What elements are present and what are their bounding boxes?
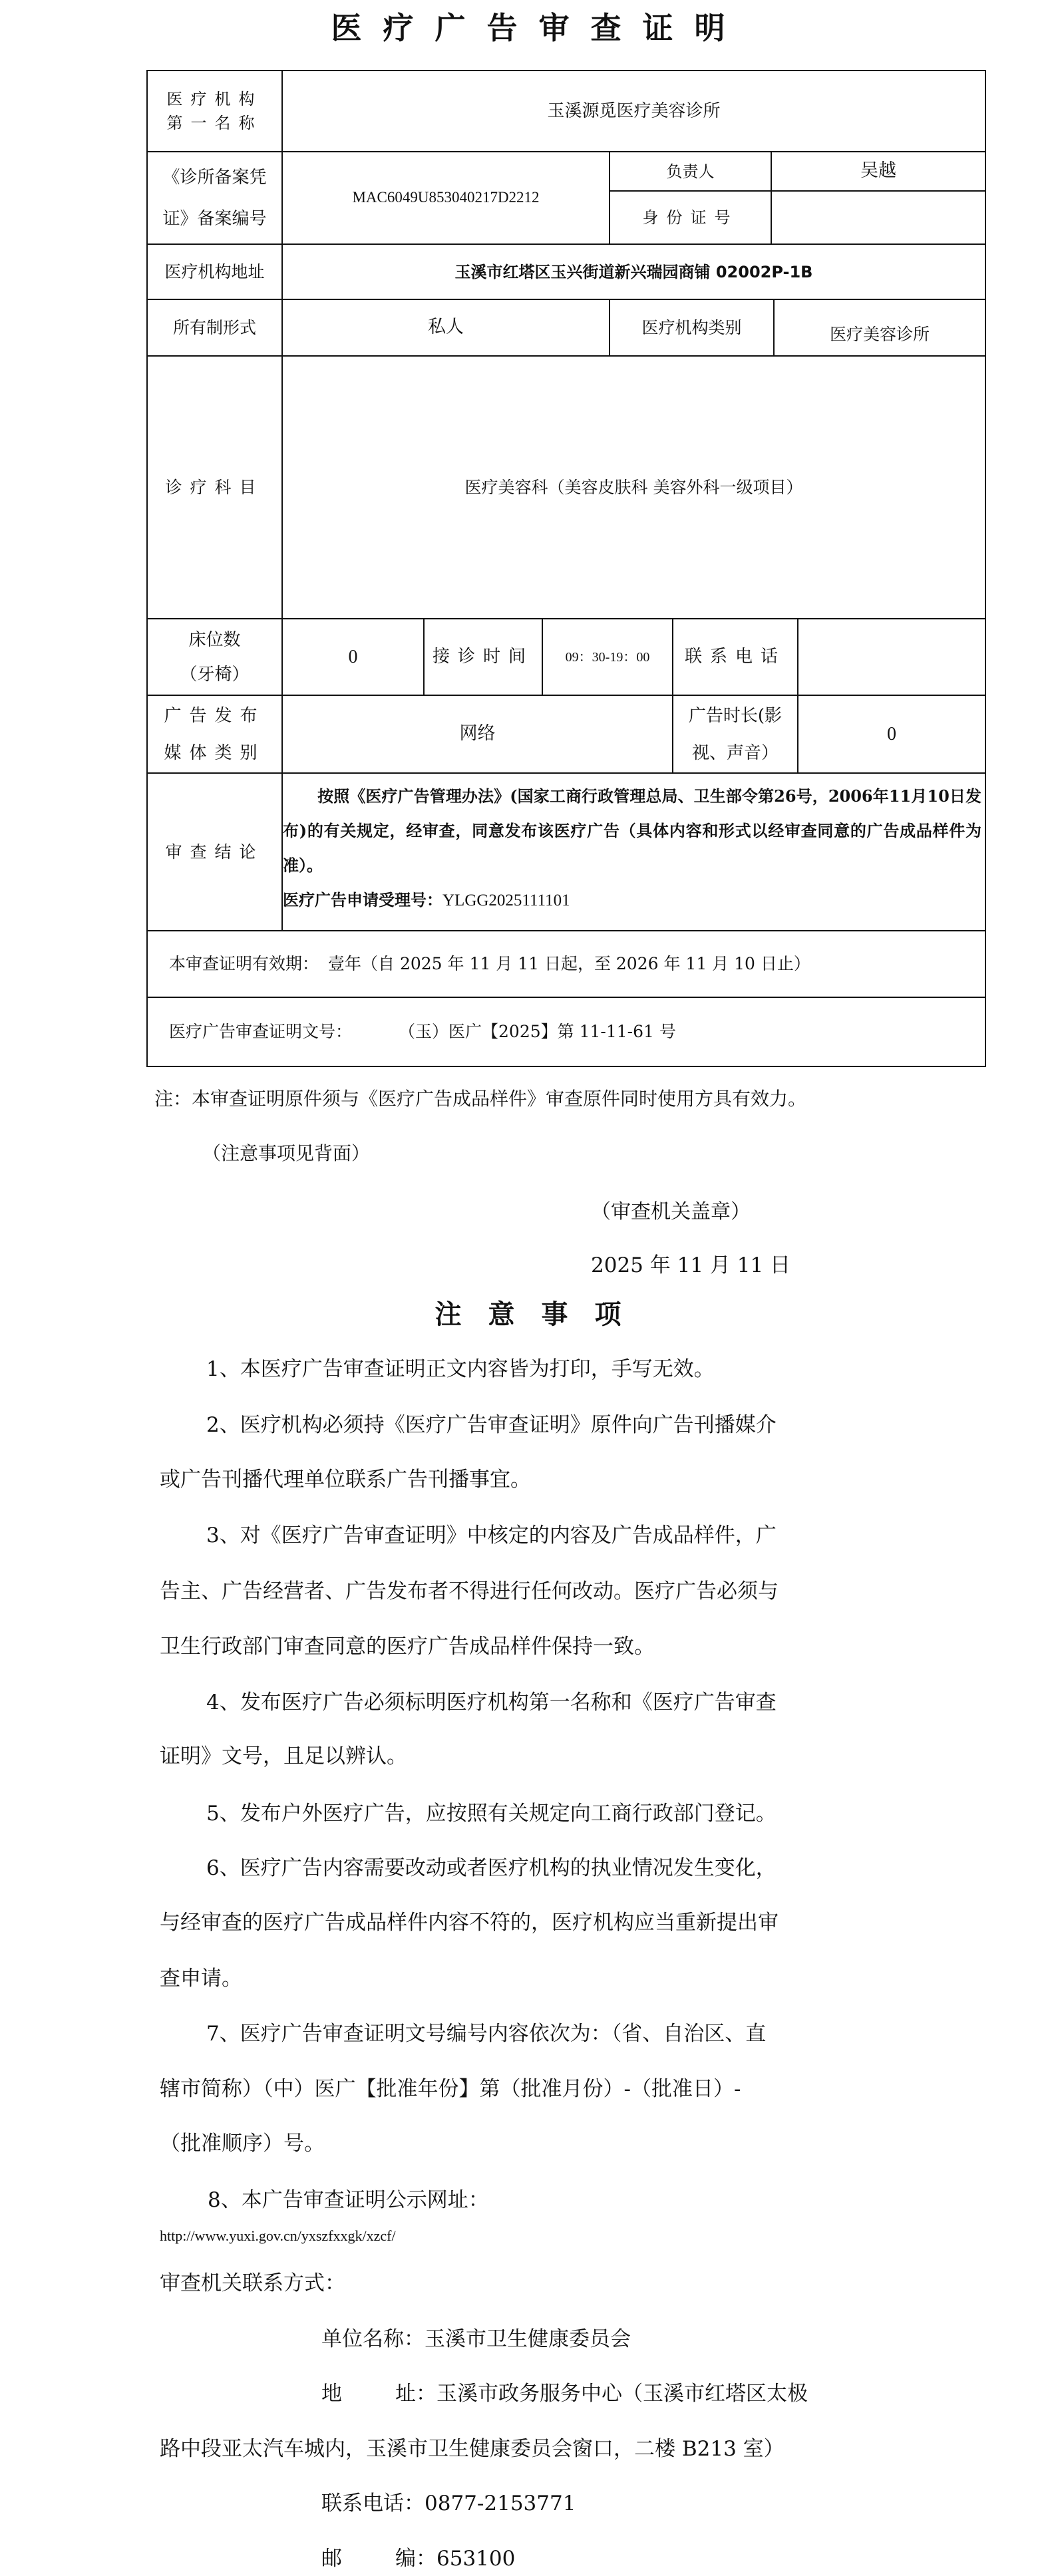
id-number-label: 身份证号 [610, 192, 771, 243]
doc-number-label: 医疗广告审查证明文号： [169, 1019, 352, 1045]
beds-label: 床位数 （牙椅） [148, 619, 281, 695]
label-line: 医疗机构 [167, 87, 263, 111]
category-value: 医疗美容诊所 [775, 307, 985, 362]
departments-value: 医疗美容科（美容皮肤科 美容外科一级项目） [283, 357, 985, 618]
address-label-char: 址： [395, 2382, 437, 2406]
beds-value: 0 [283, 619, 423, 695]
certificate-table: 医疗机构 第一名称 玉溪源觅医疗美容诊所 《诊所备案凭 证》备案编号 MAC60… [146, 70, 986, 1067]
issue-date: 2025 年 11 月 11 日 [591, 1248, 791, 1278]
responsible-label: 负责人 [610, 152, 771, 190]
notice-line: 1、本医疗广告审查证明正文内容皆为打印，手写无效。 [206, 1352, 715, 1382]
table-border-bottom [146, 1066, 986, 1067]
notice-line: 2、医疗机构必须持《医疗广告审查证明》原件向广告刊播媒介 [206, 1408, 777, 1438]
duration-label: 广告时长(影 视、声音） [673, 696, 797, 772]
notice-line: 证明》文号，且足以辨认。 [160, 1739, 407, 1769]
label-line: 证》备案编号 [162, 198, 266, 240]
label-line: 床位数 [188, 623, 240, 657]
see-back-note: （注意事项见背面） [202, 1139, 370, 1166]
doc-number-line: 医疗广告审查证明文号： （玉）医广【2025】第 11-11-61 号 [169, 998, 968, 1066]
contact-address-line1: 地址：玉溪市政务服务中心（玉溪市红塔区太极 [321, 2376, 808, 2406]
conclusion-block: 按照《医疗广告管理办法》(国家工商行政管理总局、卫生部令第26号，2006年11… [283, 779, 981, 936]
notice-line: 辖市简称）（中）医广【批准年份】第（批准月份）-（批准日）- [160, 2072, 741, 2102]
label-line: 媒体类别 [164, 734, 265, 772]
application-number-label: 医疗广告申请受理号： [283, 890, 442, 909]
postcode-value: 653100 [437, 2547, 515, 2571]
phone-label: 联系电话 [673, 619, 797, 695]
duration-value: 0 [798, 696, 985, 772]
postcode-label-char: 邮 [321, 2547, 342, 2571]
label-line: 广告发布 [164, 697, 265, 734]
notice-line: 与经审查的医疗广告成品样件内容不符的，医疗机构应当重新提出审 [160, 1905, 779, 1935]
validity-line: 本审查证明有效期： 壹年（自 2025 年 11 月 11 日起，至 2026 … [169, 931, 968, 997]
id-number-value [772, 192, 985, 243]
address-label-char: 地 [321, 2382, 342, 2406]
postcode-label-char: 编： [395, 2547, 437, 2571]
label-line: 第一名称 [167, 111, 263, 135]
notice-line: 7、医疗广告审查证明文号编号内容依次为：（省、自治区、直 [206, 2016, 766, 2046]
notice-line: 卫生行政部门审查同意的医疗广告成品样件保持一致。 [160, 1629, 655, 1659]
label-line: 《诊所备案凭 [162, 157, 266, 198]
validity-label: 本审查证明有效期： [169, 951, 319, 977]
phone-value [798, 619, 985, 695]
seal-note: （审查机关盖章） [591, 1195, 751, 1224]
contact-postcode: 邮编：653100 [321, 2541, 515, 2571]
doc-number-value: （玉）医广【2025】第 11-11-61 号 [399, 1019, 676, 1045]
ownership-label: 所有制形式 [148, 300, 281, 355]
application-number-value: YLGG2025111101 [442, 891, 570, 909]
validity-value: 壹年（自 2025 年 11 月 11 日起，至 2026 年 11 月 10 … [328, 951, 810, 977]
departments-label: 诊疗科目 [148, 357, 281, 618]
application-number-line: 医疗广告申请受理号：YLGG2025111101 [283, 883, 981, 918]
notice-line: （批准顺序）号。 [160, 2126, 325, 2156]
record-number-label: 《诊所备案凭 证》备案编号 [148, 152, 281, 243]
media-label: 广告发布 媒体类别 [148, 696, 281, 772]
hours-label: 接诊时间 [425, 619, 542, 695]
notice-line: 或广告刊播代理单位联系广告刊播事宜。 [160, 1462, 531, 1492]
conclusion-label: 审查结论 [148, 774, 281, 930]
document-title: 医疗广告审查证明 [0, 9, 1056, 47]
ownership-value: 私人 [283, 300, 609, 355]
address-value: 玉溪市红塔区玉兴街道新兴瑞园商铺 02002P-1B [283, 245, 985, 299]
validity-note: 注：本审查证明原件须与《医疗广告成品样件》审查原件同时使用方具有效力。 [154, 1084, 806, 1111]
institution-name-value: 玉溪源觅医疗美容诊所 [283, 71, 985, 151]
notice-line: 8、本广告审查证明公示网址： [208, 2183, 489, 2213]
responsible-person-value: 吴越 [772, 152, 985, 190]
notice-line: 6、医疗广告内容需要改动或者医疗机构的执业情况发生变化， [206, 1851, 777, 1881]
contact-address-value: 玉溪市政务服务中心（玉溪市红塔区太极 [437, 2382, 808, 2406]
contact-address-line2: 路中段亚太汽车城内，玉溪市卫生健康委员会窗口，二楼 B213 室） [160, 2432, 785, 2462]
label-line: 视、声音） [692, 734, 779, 772]
hours-value: 09：30-19：00 [543, 619, 672, 695]
media-value: 网络 [283, 696, 672, 772]
institution-name-label: 医疗机构 第一名称 [148, 71, 281, 151]
conclusion-text: 按照《医疗广告管理办法》(国家工商行政管理总局、卫生部令第26号，2006年11… [283, 779, 981, 883]
notices-title: 注意事项 [0, 1293, 1056, 1331]
label-line: 广告时长(影 [689, 697, 782, 734]
notice-line: 查申请。 [160, 1961, 242, 1991]
table-border-right [985, 70, 986, 1067]
contact-unit: 单位名称：玉溪市卫生健康委员会 [321, 2322, 631, 2352]
contact-heading: 审查机关联系方式： [160, 2266, 345, 2296]
notice-line: 3、对《医疗广告审查证明》中核定的内容及广告成品样件，广 [206, 1518, 777, 1548]
label-line: （牙椅） [180, 657, 249, 692]
notice-line: 5、发布户外医疗广告，应按照有关规定向工商行政部门登记。 [206, 1796, 777, 1826]
contact-phone: 联系电话：0877-2153771 [321, 2486, 576, 2516]
record-number-value: MAC6049U853040217D2212 [283, 152, 609, 243]
publicity-url-link[interactable]: http://www.yuxi.gov.cn/yxszfxxgk/xzcf/ [160, 2227, 396, 2245]
notice-line: 4、发布医疗广告必须标明医疗机构第一名称和《医疗广告审查 [206, 1685, 777, 1715]
notice-line: 告主、广告经营者、广告发布者不得进行任何改动。医疗广告必须与 [160, 1574, 779, 1604]
category-label: 医疗机构类别 [610, 300, 773, 355]
address-label: 医疗机构地址 [148, 245, 281, 299]
